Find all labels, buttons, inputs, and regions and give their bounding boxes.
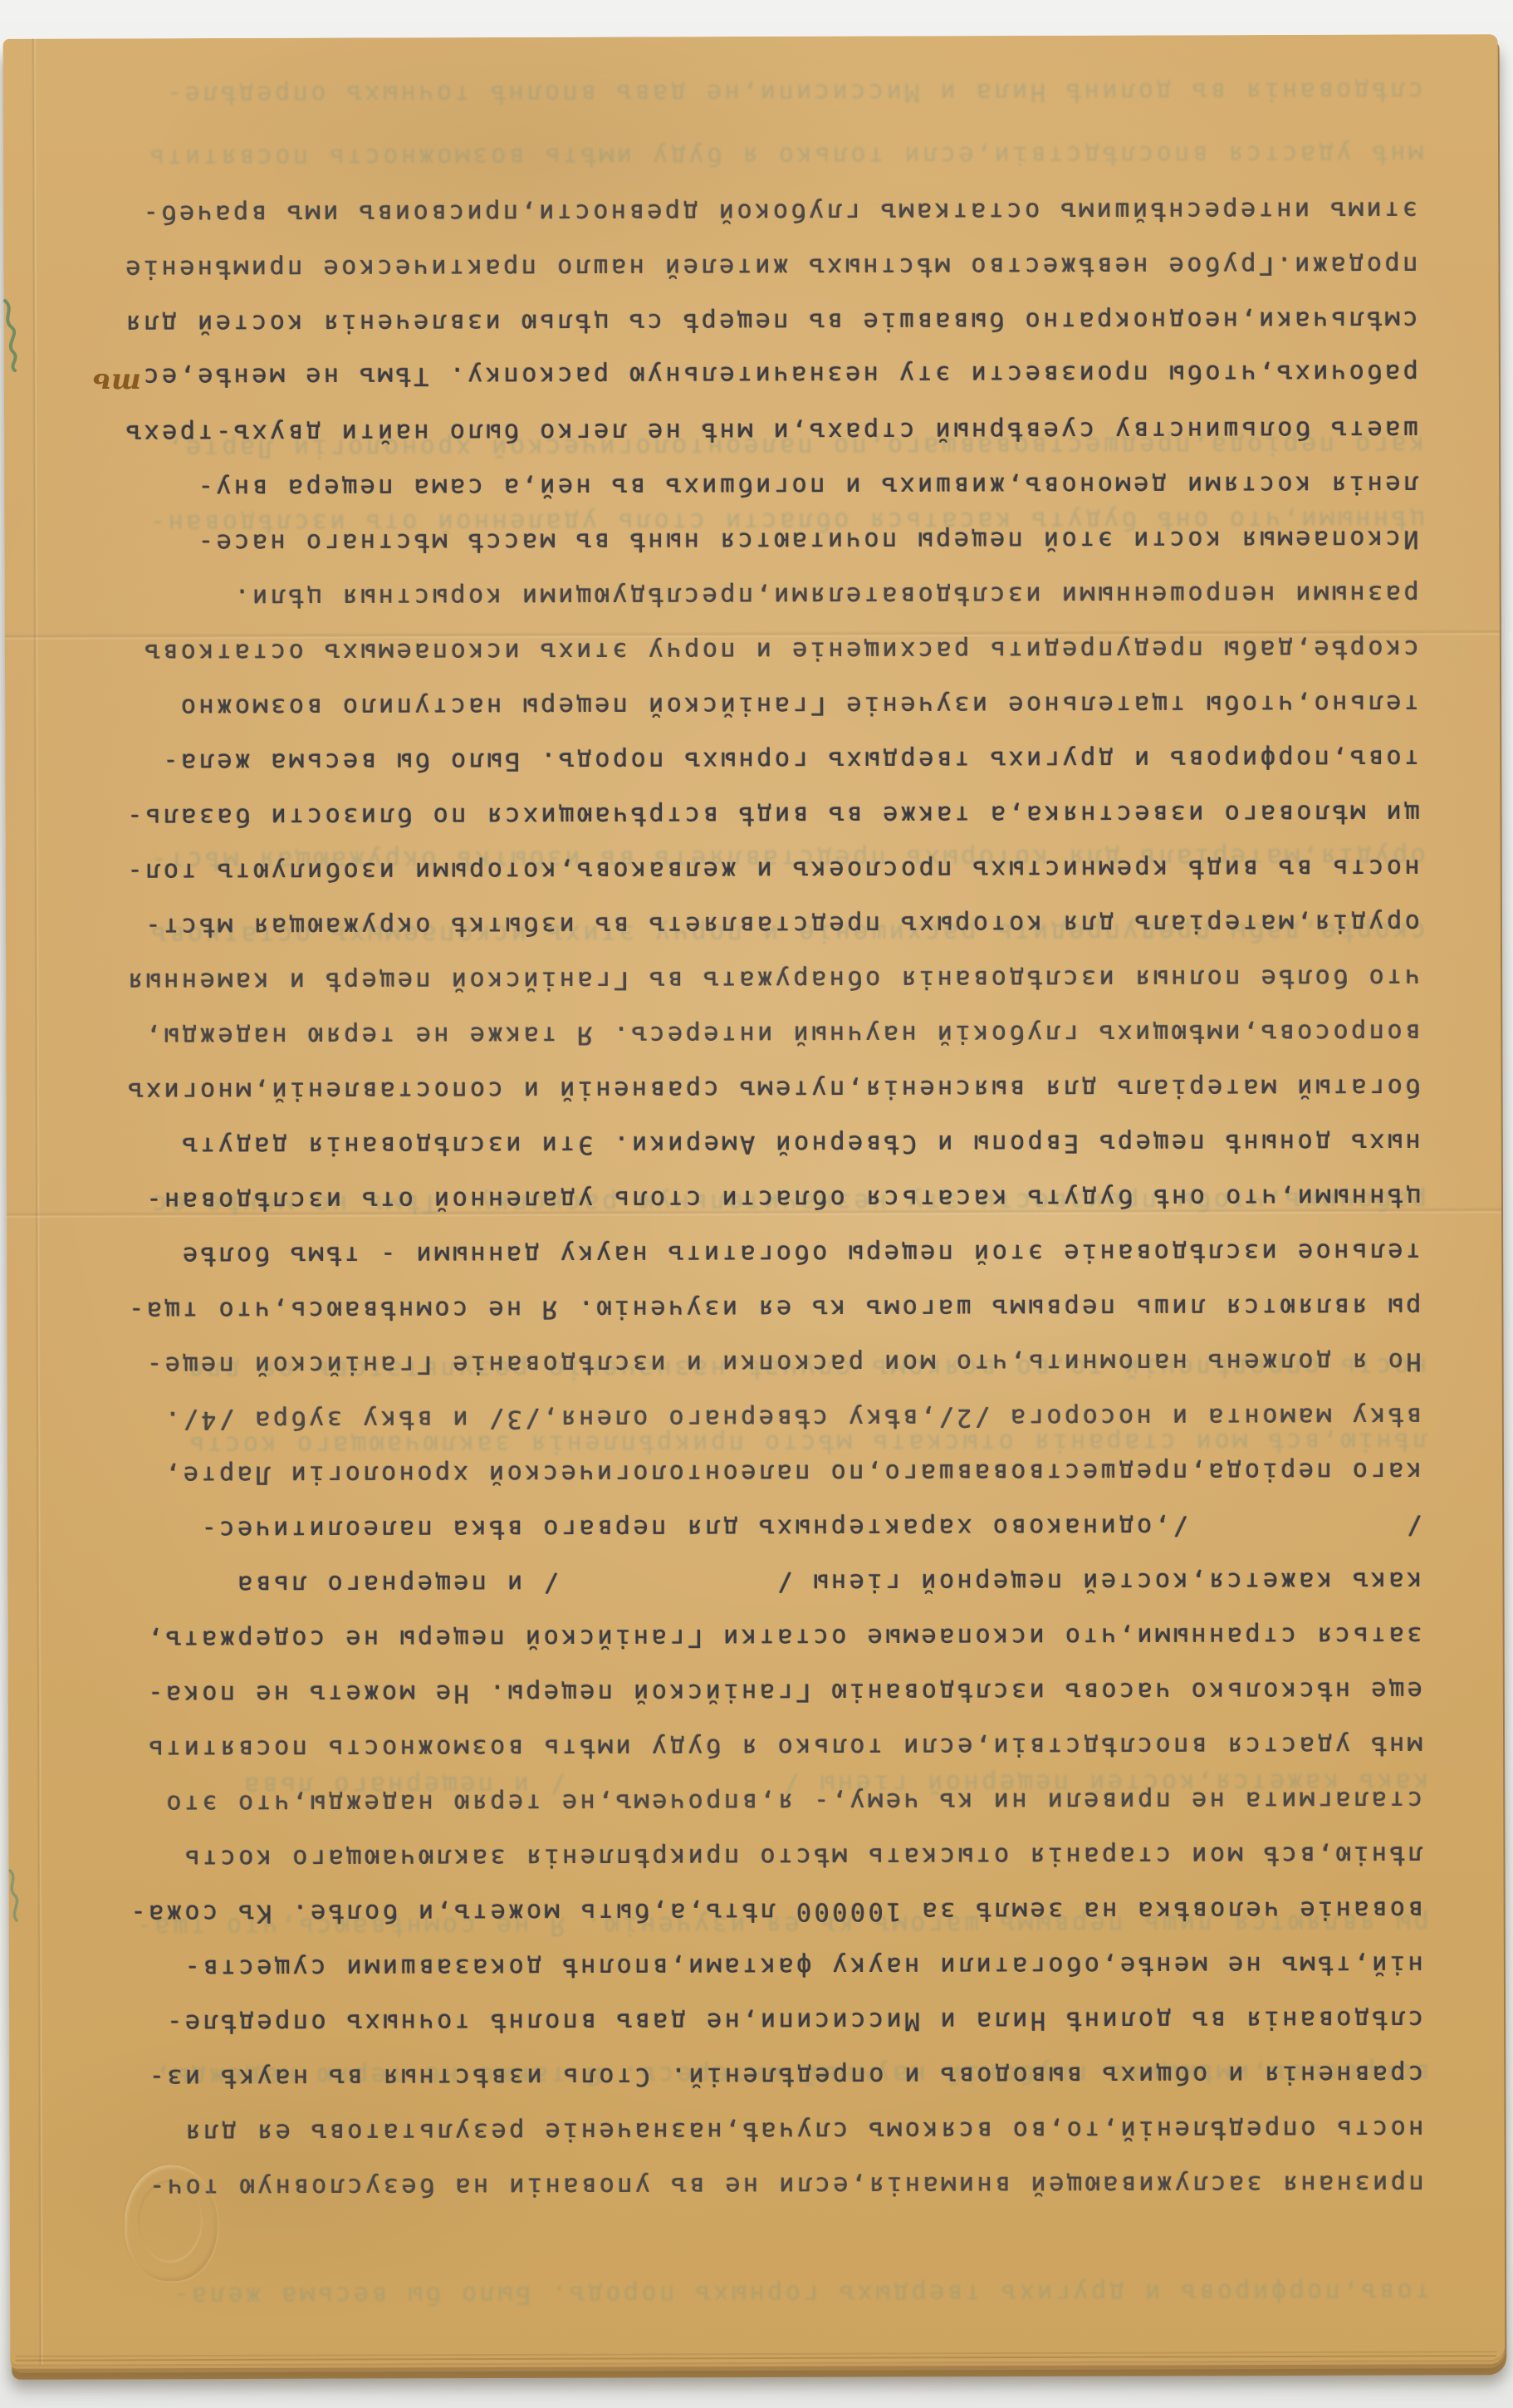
typed-line: тельное изслѣдованіе этой пещеры обогати… — [79, 1224, 1421, 1282]
handwritten-correction: ть — [92, 366, 141, 400]
typed-line: сравненія и общихъ выводовъ и опредѣлені… — [81, 2046, 1423, 2105]
typed-line: сталагмита не привели ни къ чему,- я,впр… — [81, 1772, 1422, 1831]
typed-line: признаня заслуживающей вниманія,если не … — [82, 2155, 1424, 2214]
bleedthrough-line: товъ,порфировъ и другихъ твердыхъ горных… — [68, 2277, 1430, 2310]
typed-line: что болѣе полныя изслѣдованія обнаружатъ… — [78, 949, 1420, 1008]
typed-line: мнѣ удастся впослѣдствіи,если только я б… — [81, 1717, 1422, 1776]
typed-line: ность опредѣленій,то,во всякомъ случаѣ,н… — [81, 2101, 1423, 2160]
typed-line: скорѣе,дабы предупредить расхищеніе и по… — [77, 620, 1419, 679]
typed-line: орудія,матеріалъ для которыхъ представля… — [78, 895, 1420, 954]
typed-line: вованіе человѣка на землѣ за 100000 лѣтъ… — [81, 1881, 1423, 1940]
typed-line: еще нѣсколько часовъ изслѣдованію Гганій… — [81, 1662, 1422, 1721]
typed-line: товъ,порфировъ и другихъ твердыхъ горных… — [77, 730, 1419, 789]
embossed-seal-inner — [138, 2180, 203, 2263]
typed-line: лѣнію,всѣ мои старанія отыскать мѣсто пр… — [81, 1827, 1422, 1886]
scanned-document-screenshot: { "scan": { "background_color": "#edeeec… — [0, 0, 1513, 2408]
typed-line: заться странными,что ископаемые остатки … — [81, 1607, 1422, 1666]
typed-line: рабочихъ,чтобы произвести эту незначител… — [76, 346, 1418, 405]
typed-text-block: признаня заслуживающей вниманія,если не … — [76, 180, 1424, 2214]
typed-line: какъ кажется,костей пещерной гіены / / и… — [80, 1552, 1422, 1611]
paper-sheet: слѣдованія въ долинѣ Нила и Миссисипи,не… — [3, 34, 1506, 2365]
typed-line: ры являются лишь первымъ шагомъ къ ея из… — [79, 1278, 1421, 1337]
bleedthrough-line: слѣдованія въ долинѣ Нила и Миссисипи,не… — [61, 76, 1423, 109]
typed-line: смѣльчаки,неоднократно бывавшіе въ пещер… — [76, 292, 1418, 351]
typed-line: ній,тѣмъ не менѣе,обогатили науку фактам… — [81, 1936, 1423, 1995]
typed-line: щи мѣловаго известняка,а также въ видѣ в… — [77, 785, 1419, 844]
typed-line: ность въ видѣ кремнистыхъ прослоекъ и же… — [78, 840, 1420, 899]
typed-line: продажи.Грубое невѣжество мѣстныхъ жител… — [76, 237, 1418, 296]
typed-line: каго періода,предшествовавшаго,по палеон… — [80, 1443, 1422, 1502]
typed-line: Ископаемыя кости этой пещеры почитаются … — [76, 511, 1418, 570]
typed-line: слѣдованія въ долинѣ Нила и Миссисипи,не… — [81, 1991, 1423, 2050]
typed-line: вопросовъ,имѣющихъ глубокій научный инте… — [78, 1004, 1420, 1063]
typed-line: / /,одинаково характерныхъ для перваго в… — [80, 1498, 1422, 1557]
typed-line: тельно,чтобы тщательное изученіе Гганійс… — [77, 675, 1419, 734]
embossed-seal — [125, 2165, 218, 2281]
typed-line: вѣку мамонта и носорога /2/,вѣку сѣверна… — [80, 1388, 1422, 1447]
vertical-crease — [32, 39, 44, 2365]
typed-line: Но я долженъ напомнить,что мои раскопки … — [80, 1333, 1422, 1392]
typed-line: разными непрошенными изслѣдователями,пре… — [77, 566, 1419, 625]
typed-line: ныхъ донынѣ пещеръ Европы и Сѣверной Аме… — [79, 1114, 1421, 1173]
bleedthrough-line: мнѣ удастся впослѣдствіи,если только я б… — [61, 139, 1423, 172]
typed-line: цѣнными,что онѣ будутъ касаться области … — [79, 1169, 1421, 1228]
typed-line: богатый матеріалъ для выясненія,путемъ с… — [78, 1059, 1420, 1118]
typed-line: шаетъ большинству суевѣрный страхъ,и мнѣ… — [76, 401, 1418, 460]
typed-line: этимъ интереснѣйшимъ остаткамъ глубокой … — [76, 182, 1418, 241]
typed-line: ленія костями демоновъ,жившихъ и погибши… — [76, 456, 1418, 515]
